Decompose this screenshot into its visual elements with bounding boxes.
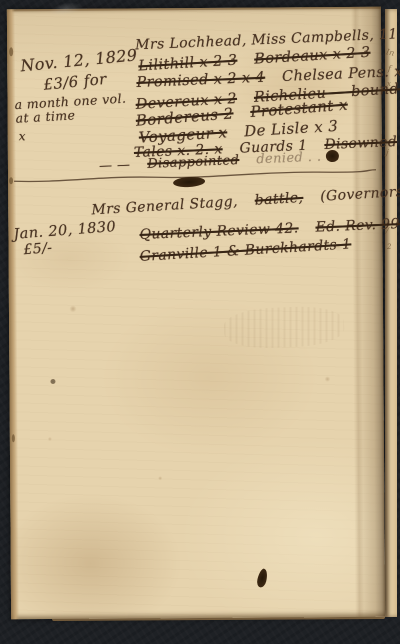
struck-entry: Quarterly Review 42. xyxy=(139,221,299,242)
ledger-page: Nov. 12, 1829£3/6 fora month one vol.at … xyxy=(7,7,385,620)
ink-speck xyxy=(50,379,55,384)
struck-entry: Promised x 2 x 4 xyxy=(136,71,265,91)
struck-entry: Ed. Rev. 99. xyxy=(315,217,400,235)
ink-drop xyxy=(256,568,269,589)
manuscript-photo: Infxj/2 Nov. 12, 1829£3/6 fora month one… xyxy=(0,0,400,644)
paper-nick xyxy=(9,47,13,56)
pencil-smudge xyxy=(48,0,83,17)
ink-blot xyxy=(326,150,339,162)
paper-nick xyxy=(12,434,15,442)
struck-entry: battle, xyxy=(254,191,303,208)
margin-note-line: £5/- xyxy=(23,241,53,257)
ink-bleedthrough xyxy=(223,305,345,350)
next-page-edge: Infxj/2 xyxy=(385,9,397,617)
margin-note-line: Nov. 12, 1829 xyxy=(20,47,138,74)
margin-note-line: £3/6 for xyxy=(43,72,108,93)
next-page-writing-fragment: 2 xyxy=(387,244,391,251)
ledger-entry-text: Mrs General Stagg, xyxy=(91,195,238,218)
margin-note-line: Jan. 20, 1830 xyxy=(13,220,117,242)
margin-note-line: x xyxy=(19,130,26,142)
next-page-writing-fragment: In xyxy=(385,48,395,58)
margin-note-line: at a time xyxy=(15,109,75,125)
